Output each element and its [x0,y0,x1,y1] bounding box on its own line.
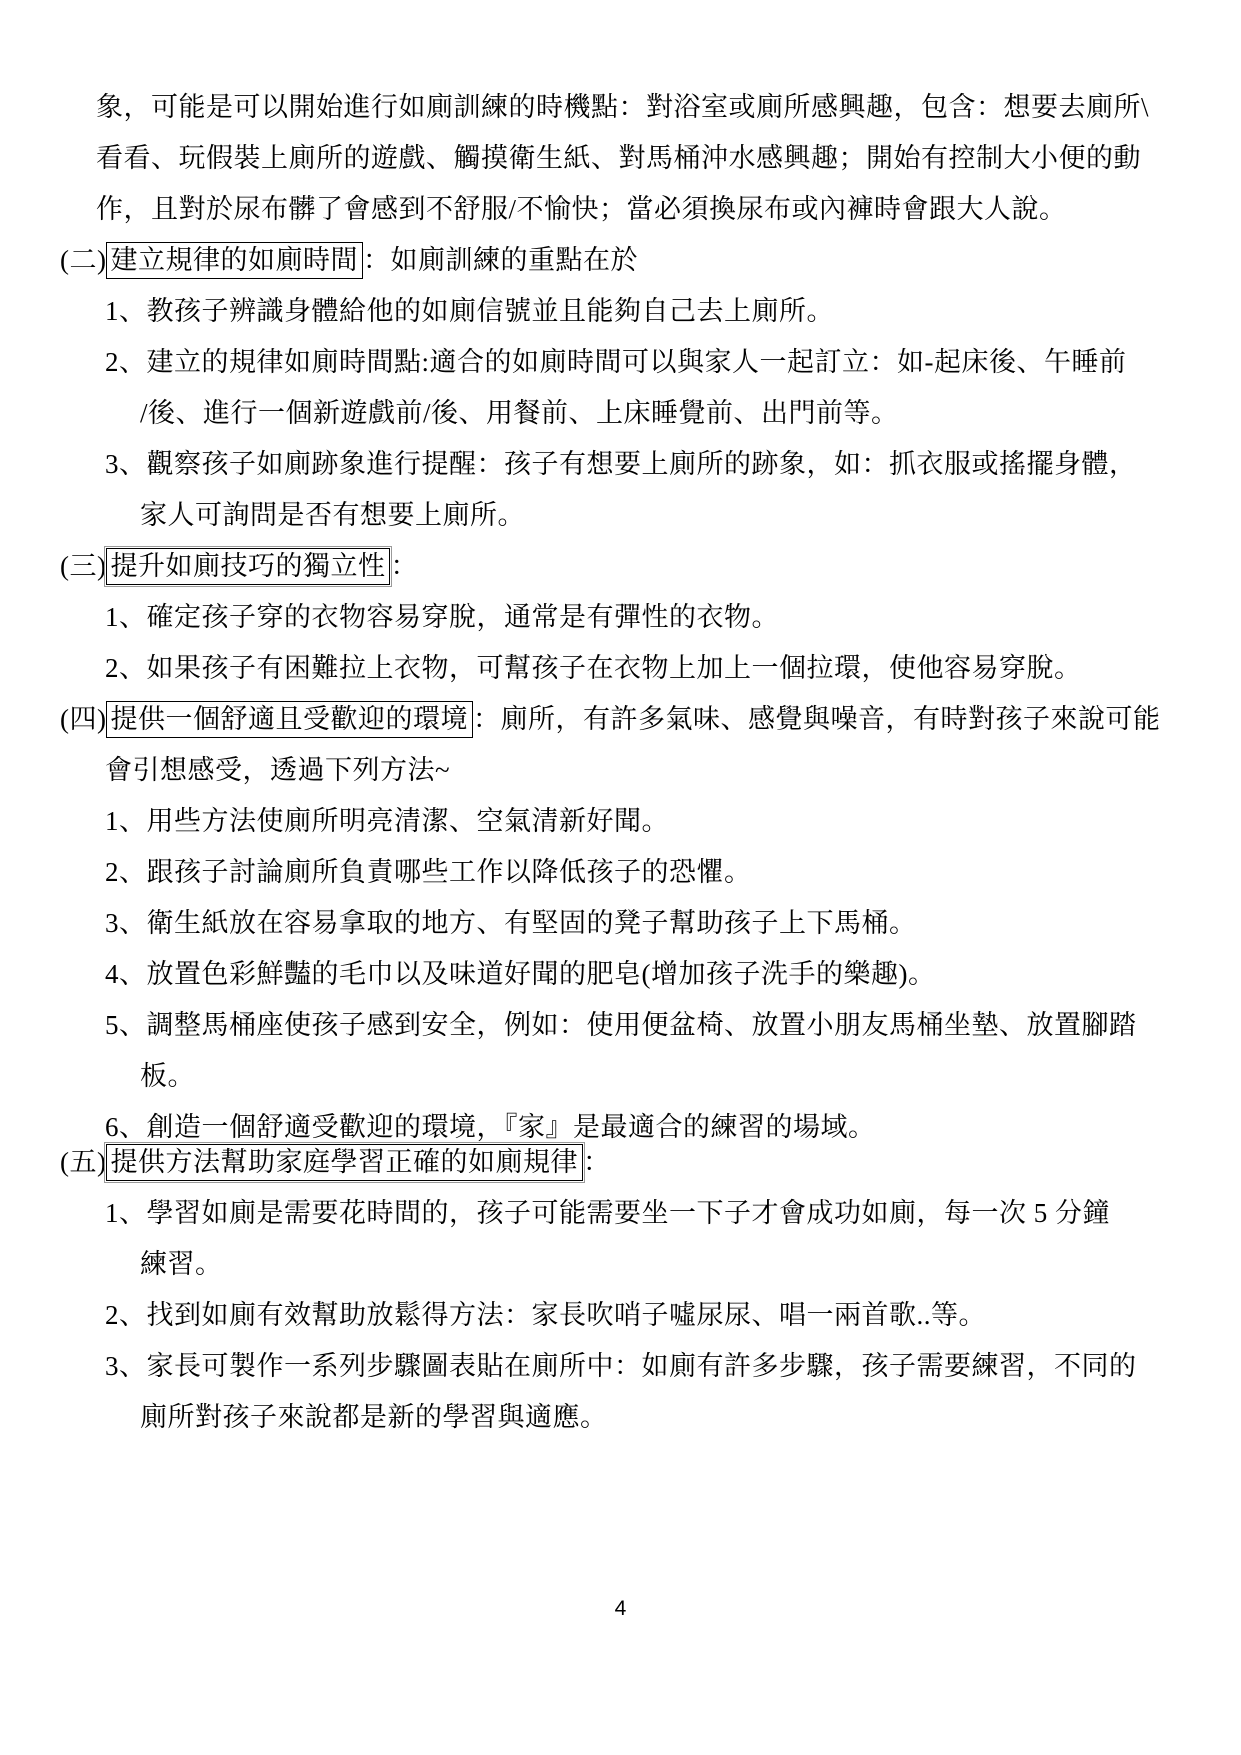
list-item: 2、找到如廁有效幫助放鬆得方法：家長吹哨子噓尿尿、唱一兩首歌..等。 [60,1290,1205,1341]
list-item-continuation: /後、進行一個新遊戲前/後、用餐前、上床睡覺前、出門前等。 [60,388,1205,439]
section-title-box: 提供一個舒適且受歡迎的環境 [106,701,473,738]
section-heading-4: (四)提供一個舒適且受歡迎的環境：廁所，有許多氣味、感覺與噪音，有時對孩子來說可… [60,694,1205,745]
section-title-box: 建立規律的如廁時間 [106,242,363,279]
document-body: 象，可能是可以開始進行如廁訓練的時機點：對浴室或廁所感興趣，包含：想要去廁所\ … [60,82,1205,1443]
list-item: 2、如果孩子有困難拉上衣物，可幫孩子在衣物上加上一個拉環，使他容易穿脫。 [60,643,1205,694]
list-item: 3、家長可製作一系列步驟圖表貼在廁所中：如廁有許多步驟，孩子需要練習，不同的 [60,1341,1205,1392]
section-number: (二) [60,245,106,275]
list-item: 1、用些方法使廁所明亮清潔、空氣清新好聞。 [60,796,1205,847]
list-item: 5、調整馬桶座使孩子感到安全，例如：使用便盆椅、放置小朋友馬桶坐墊、放置腳踏 [60,1000,1205,1051]
section-heading-tail: ：如廁訓練的重點在於 [363,245,638,275]
section-number: (四) [60,704,106,734]
list-item: 3、衛生紙放在容易拿取的地方、有堅固的凳子幫助孩子上下馬桶。 [60,898,1205,949]
paragraph-line: 看看、玩假裝上廁所的遊戲、觸摸衛生紙、對馬桶沖水感興趣；開始有控制大小便的動 [60,133,1205,184]
list-item-continuation: 板。 [60,1051,1205,1102]
section-title-box: 提供方法幫助家庭學習正確的如廁規律 [106,1144,583,1181]
section-heading-2: (二)建立規律的如廁時間：如廁訓練的重點在於 [60,235,1205,286]
section-heading-tail: ：廁所，有許多氣味、感覺與噪音，有時對孩子來說可能 [473,704,1161,734]
section-heading-3: (三)提升如廁技巧的獨立性： [60,541,1205,592]
list-item: 3、觀察孩子如廁跡象進行提醒：孩子有想要上廁所的跡象，如：抓衣服或搖擺身體， [60,439,1205,490]
list-item: 1、學習如廁是需要花時間的，孩子可能需要坐一下子才會成功如廁，每一次 5 分鐘 [60,1188,1205,1239]
section-title-box: 提升如廁技巧的獨立性 [106,548,390,585]
section-number: (五) [60,1147,106,1177]
paragraph-line: 作，且對於尿布髒了會感到不舒服/不愉快；當必須換尿布或內褲時會跟大人說。 [60,184,1205,235]
list-item-continuation: 廁所對孩子來說都是新的學習與適應。 [60,1392,1205,1443]
list-item: 1、確定孩子穿的衣物容易穿脫，通常是有彈性的衣物。 [60,592,1205,643]
paragraph-line: 象，可能是可以開始進行如廁訓練的時機點：對浴室或廁所感興趣，包含：想要去廁所\ [60,82,1205,133]
document-page: 象，可能是可以開始進行如廁訓練的時機點：對浴室或廁所感興趣，包含：想要去廁所\ … [0,0,1241,1755]
section-heading-continuation: 會引想感受，透過下列方法~ [60,745,1205,796]
section-number: (三) [60,551,106,581]
section-heading-tail: ： [390,551,418,581]
section-heading-tail: ： [583,1147,611,1177]
list-item: 2、建立的規律如廁時間點:適合的如廁時間可以與家人一起訂立：如-起床後、午睡前 [60,337,1205,388]
list-item: 1、教孩子辨識身體給他的如廁信號並且能夠自己去上廁所。 [60,286,1205,337]
list-item: 2、跟孩子討論廁所負責哪些工作以降低孩子的恐懼。 [60,847,1205,898]
list-item-continuation: 練習。 [60,1239,1205,1290]
list-item: 4、放置色彩鮮豔的毛巾以及味道好聞的肥皂(增加孩子洗手的樂趣)。 [60,949,1205,1000]
page-number: 4 [0,1594,1241,1624]
list-item-continuation: 家人可詢問是否有想要上廁所。 [60,490,1205,541]
